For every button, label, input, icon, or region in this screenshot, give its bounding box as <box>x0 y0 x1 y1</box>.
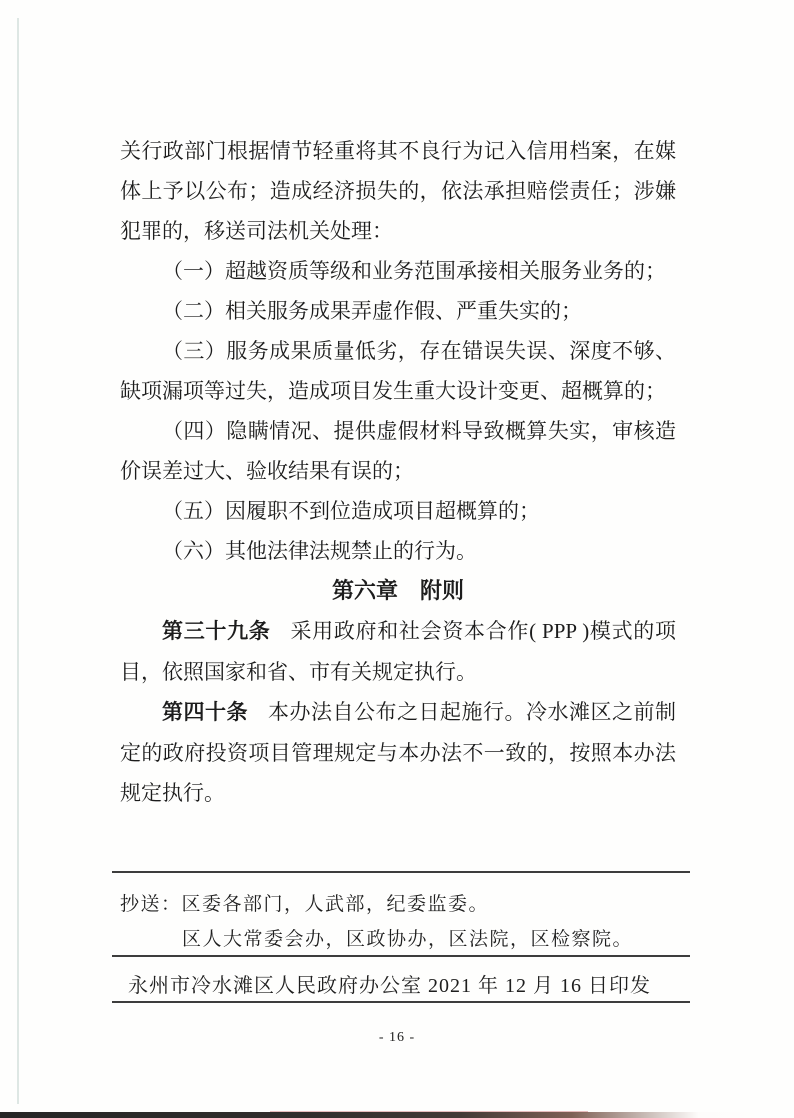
chapter-heading: 第六章 附则 <box>120 571 676 611</box>
continuation-paragraph: 关行政部门根据情节轻重将其不良行为记入信用档案，在媒体上予以公布；造成经济损失的… <box>120 131 676 251</box>
scan-edge-bottom <box>0 1112 794 1118</box>
list-item-1: （一）超越资质等级和业务范围承接相关服务业务的； <box>120 251 676 291</box>
article-40-label: 第四十条 <box>162 701 248 724</box>
scan-edge-left <box>17 18 19 1104</box>
list-item-2: （二）相关服务成果弄虚作假、严重失实的； <box>120 291 676 331</box>
list-item-3: （三）服务成果质量低劣，存在错误失误、深度不够、缺项漏项等过失，造成项目发生重大… <box>120 331 676 411</box>
list-item-4: （四）隐瞒情况、提供虚假材料导致概算失实，审核造价误差过大、验收结果有误的； <box>120 411 676 491</box>
article-39-label: 第三十九条 <box>162 620 270 643</box>
document-footer: 抄送：区委各部门，人武部，纪委监委。 区人大常委会办，区政协办，区法院，区检察院… <box>112 871 690 1003</box>
article-40: 第四十条本办法自公布之日起施行。冷水滩区之前制定的政府投资项目管理规定与本办法不… <box>120 692 676 813</box>
list-item-5: （五）因履职不到位造成项目超概算的； <box>120 491 676 531</box>
page-number: - 16 - <box>0 1030 794 1046</box>
document-page: 关行政部门根据情节轻重将其不良行为记入信用档案，在媒体上予以公布；造成经济损失的… <box>0 0 794 1118</box>
cc-recipients-line1: 抄送：区委各部门，人武部，纪委监委。 <box>112 873 690 924</box>
issuer-line: 永州市冷水滩区人民政府办公室 2021 年 12 月 16 日印发 <box>112 957 690 1003</box>
cc-recipients-line2: 区人大常委会办，区政协办，区法院，区检察院。 <box>112 924 690 957</box>
article-39: 第三十九条采用政府和社会资本合作( PPP )模式的项目，依照国家和省、市有关规… <box>120 611 676 692</box>
document-body: 关行政部门根据情节轻重将其不良行为记入信用档案，在媒体上予以公布；造成经济损失的… <box>120 131 676 813</box>
list-item-6: （六）其他法律法规禁止的行为。 <box>120 531 676 571</box>
